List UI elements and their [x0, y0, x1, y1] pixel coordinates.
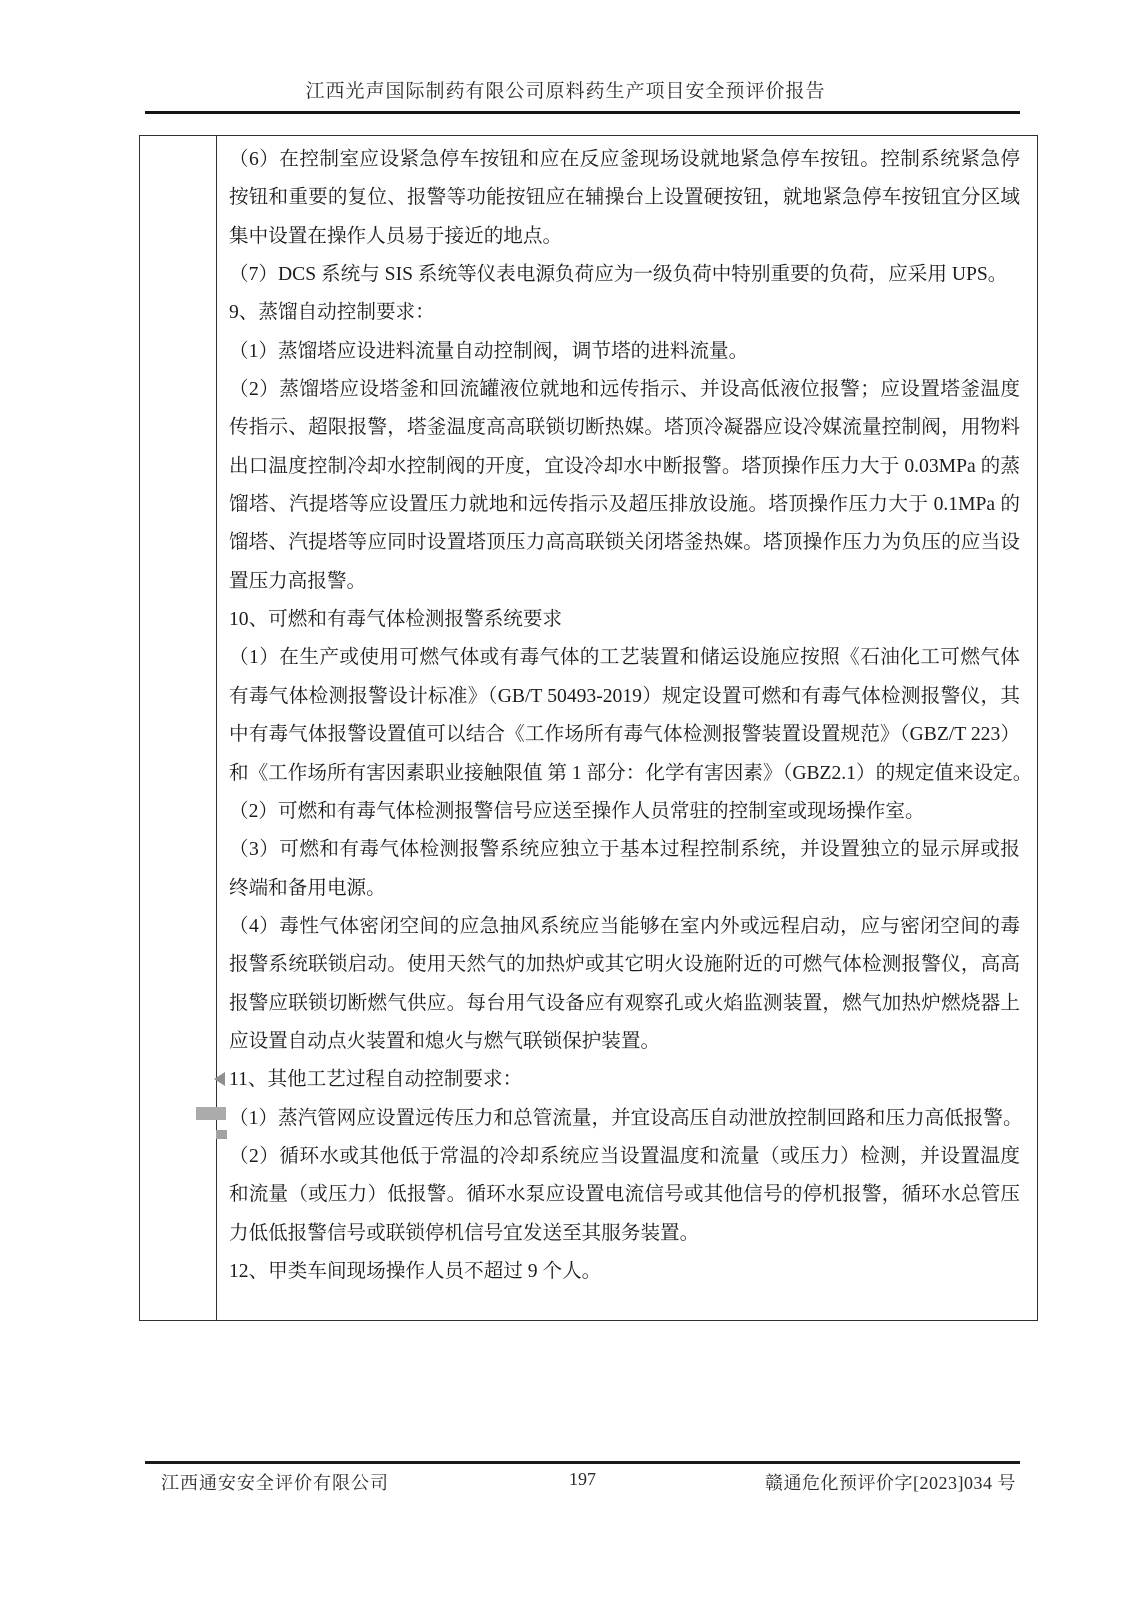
- text-line: 和流量（或压力）低报警。循环水泵应设置电流信号或其他信号的停机报警，循环水总管压: [229, 1176, 1020, 1214]
- table-left-column-cell: [140, 136, 217, 1320]
- text-line: 中有毒气体报警设置值可以结合《工作场所有毒气体检测报警装置设置规范》（GBZ/T…: [229, 716, 1020, 754]
- revision-triangle-mark: [214, 1072, 225, 1086]
- text-line: （1）在生产或使用可燃气体或有毒气体的工艺装置和储运设施应按照《石油化工可燃气体…: [229, 639, 1020, 677]
- text-line: 力低低报警信号或联锁停机信号宜发送至其服务装置。: [229, 1215, 1020, 1253]
- text-line: 有毒气体检测报警设计标准》（GB/T 50493-2019）规定设置可燃和有毒气…: [229, 678, 1020, 716]
- text-line: （4）毒性气体密闭空间的应急抽风系统应当能够在室内外或远程启动，应与密闭空间的毒…: [229, 908, 1020, 946]
- text-line: 馏塔、汽提塔等应设置压力就地和远传指示及超压排放设施。塔顶操作压力大于 0.1M…: [229, 486, 1020, 524]
- footer-rule: [145, 1461, 1020, 1464]
- text-line: （3）可燃和有毒气体检测报警系统应独立于基本过程控制系统，并设置独立的显示屏或报…: [229, 831, 1020, 869]
- text-line: 报警应联锁切断燃气供应。每台用气设备应有观察孔或火焰监测装置，燃气加热炉燃烧器上: [229, 985, 1020, 1023]
- content-table: （6）在控制室应设紧急停车按钮和应在反应釜现场设就地紧急停车按钮。控制系统紧急停…: [139, 135, 1038, 1321]
- text-line: 置压力高报警。: [229, 563, 1020, 601]
- text-line: 10、可燃和有毒气体检测报警系统要求: [229, 601, 1020, 639]
- header-rule: [145, 111, 1020, 114]
- text-line: （1）蒸汽管网应设置远传压力和总管流量，并宜设高压自动泄放控制回路和压力高低报警…: [229, 1100, 1020, 1138]
- revision-bar-mark: [196, 1107, 226, 1120]
- text-line: （2）可燃和有毒气体检测报警信号应送至操作人员常驻的控制室或现场操作室。: [229, 793, 1020, 831]
- text-line: 报警系统联锁启动。使用天然气的加热炉或其它明火设施附近的可燃气体检测报警仪，高高: [229, 946, 1020, 984]
- footer-page-number: 197: [569, 1469, 596, 1490]
- page-header-title: 江西光声国际制药有限公司原料药生产项目安全预评价报告: [0, 76, 1131, 103]
- text-line: 终端和备用电源。: [229, 870, 1020, 908]
- document-page: 江西光声国际制药有限公司原料药生产项目安全预评价报告 （6）在控制室应设紧急停车…: [0, 0, 1131, 1600]
- text-line: （7）DCS 系统与 SIS 系统等仪表电源负荷应为一级负荷中特别重要的负荷，应…: [229, 256, 1020, 294]
- footer-company-name: 江西通安安全评价有限公司: [161, 1469, 389, 1495]
- text-line: 9、蒸馏自动控制要求：: [229, 294, 1020, 332]
- revision-square-mark: [216, 1130, 227, 1139]
- text-line: （1）蒸馏塔应设进料流量自动控制阀，调节塔的进料流量。: [229, 333, 1020, 371]
- text-line: 馏塔、汽提塔等应同时设置塔顶压力高高联锁关闭塔釜热媒。塔顶操作压力为负压的应当设: [229, 524, 1020, 562]
- text-line: 集中设置在操作人员易于接近的地点。: [229, 218, 1020, 256]
- text-line: 按钮和重要的复位、报警等功能按钮应在辅操台上设置硬按钮，就地紧急停车按钮宜分区域: [229, 179, 1020, 217]
- text-line: 11、其他工艺过程自动控制要求：: [229, 1061, 1020, 1099]
- table-content-cell: （6）在控制室应设紧急停车按钮和应在反应釜现场设就地紧急停车按钮。控制系统紧急停…: [217, 136, 1037, 1320]
- text-line: （6）在控制室应设紧急停车按钮和应在反应釜现场设就地紧急停车按钮。控制系统紧急停…: [229, 141, 1020, 179]
- text-line: 和《工作场所有害因素职业接触限值 第 1 部分：化学有害因素》（GBZ2.1）的…: [229, 755, 1020, 793]
- text-line: 应设置自动点火装置和熄火与燃气联锁保护装置。: [229, 1023, 1020, 1061]
- footer-document-number: 赣通危化预评价字[2023]034 号: [765, 1469, 1016, 1495]
- text-line: （2）循环水或其他低于常温的冷却系统应当设置温度和流量（或压力）检测，并设置温度…: [229, 1138, 1020, 1176]
- text-line: 12、甲类车间现场操作人员不超过 9 个人。: [229, 1253, 1020, 1291]
- page-footer: 江西通安安全评价有限公司 197 赣通危化预评价字[2023]034 号: [145, 1469, 1020, 1495]
- text-line: （2）蒸馏塔应设塔釜和回流罐液位就地和远传指示、并设高低液位报警；应设置塔釜温度…: [229, 371, 1020, 409]
- text-line: 出口温度控制冷却水控制阀的开度，宜设冷却水中断报警。塔顶操作压力大于 0.03M…: [229, 448, 1020, 486]
- text-line: 传指示、超限报警，塔釜温度高高联锁切断热媒。塔顶冷凝器应设冷媒流量控制阀，用物料: [229, 409, 1020, 447]
